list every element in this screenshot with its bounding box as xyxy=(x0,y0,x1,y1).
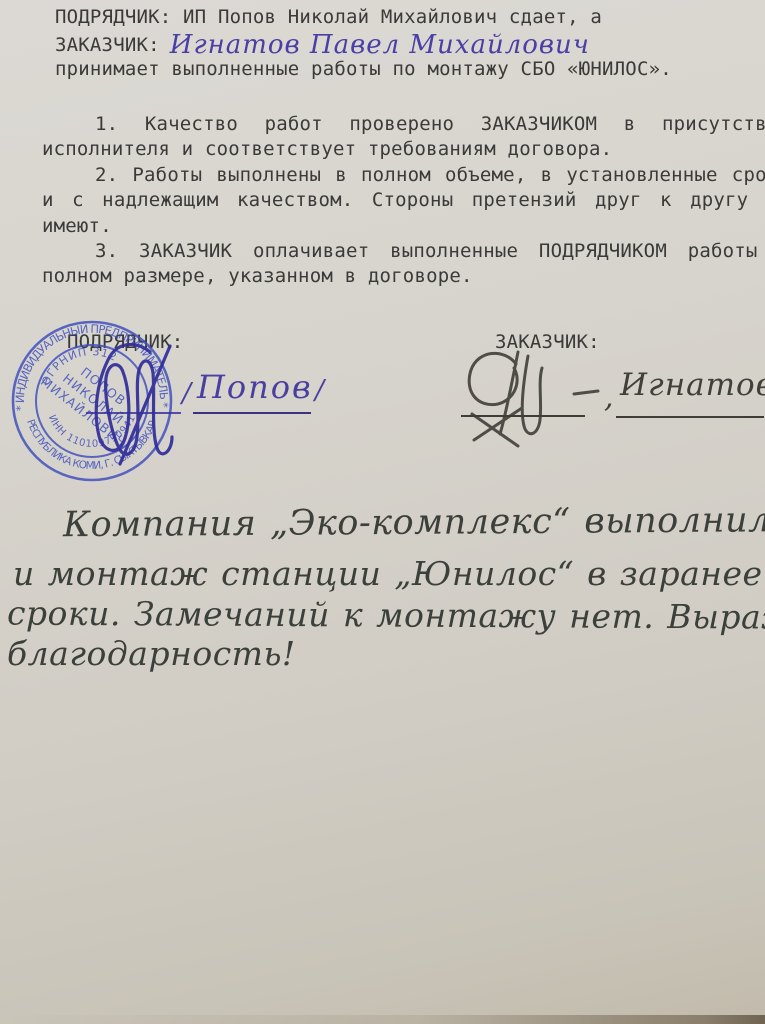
contractor-name-underline xyxy=(193,412,311,414)
customer-label: ЗАКАЗЧИК: xyxy=(55,34,160,56)
contractor-signature-line xyxy=(86,412,181,414)
clause-2-line-2: и с надлежащим качеством. Стороны претен… xyxy=(42,188,765,213)
customer-signature-line xyxy=(461,415,585,417)
contractor-name-handwritten: Попов xyxy=(197,368,305,406)
review-line-2: и монтаж станции „Юнилос“ в заранее огов… xyxy=(13,554,765,593)
clauses-block: 1. Качество работ проверено ЗАКАЗЧИКОМ в… xyxy=(42,112,765,290)
clause-2-line-1: 2. Работы выполнены в полном объеме, в у… xyxy=(42,163,765,188)
contractor-signature-scribble xyxy=(78,336,190,468)
review-line-4: благодарность! xyxy=(7,634,296,673)
contractor-slash-right: / xyxy=(315,375,324,406)
header-line-customer: ЗАКАЗЧИК:Игнатов Павел Михайлович xyxy=(55,30,672,56)
customer-name-handwritten: Игнатов xyxy=(620,367,765,403)
customer-name-handwritten: Игнатов Павел Михайлович xyxy=(170,30,590,60)
header-line-contractor: ПОДРЯДЧИК: ИП Попов Николай Михайлович с… xyxy=(55,4,672,30)
scanned-document-page: ПОДРЯДЧИК: ИП Попов Николай Михайлович с… xyxy=(0,0,765,1024)
clause-2-line-3: имеют. xyxy=(42,214,765,239)
customer-comma: , xyxy=(604,380,614,415)
clause-1-line-2: исполнителя и соответствует требованиям … xyxy=(42,137,765,162)
review-line-1: Компания „Эко-комплекс“ выполнила достав… xyxy=(63,499,765,545)
header-block: ПОДРЯДЧИК: ИП Попов Николай Михайлович с… xyxy=(55,4,672,82)
review-line-3: сроки. Замечаний к монтажу нет. Выражаю … xyxy=(7,594,765,638)
customer-name-underline xyxy=(616,416,764,418)
contractor-slash-left: / xyxy=(182,378,191,409)
customer-signature-scribble xyxy=(458,342,608,460)
clause-1-line-1: 1. Качество работ проверено ЗАКАЗЧИКОМ в… xyxy=(42,112,765,137)
clause-3-line-1: 3. ЗАКАЗЧИК оплачивает выполненные ПОДРЯ… xyxy=(42,239,765,264)
clause-3-line-2: полном размере, указанном в договоре. xyxy=(42,264,765,289)
